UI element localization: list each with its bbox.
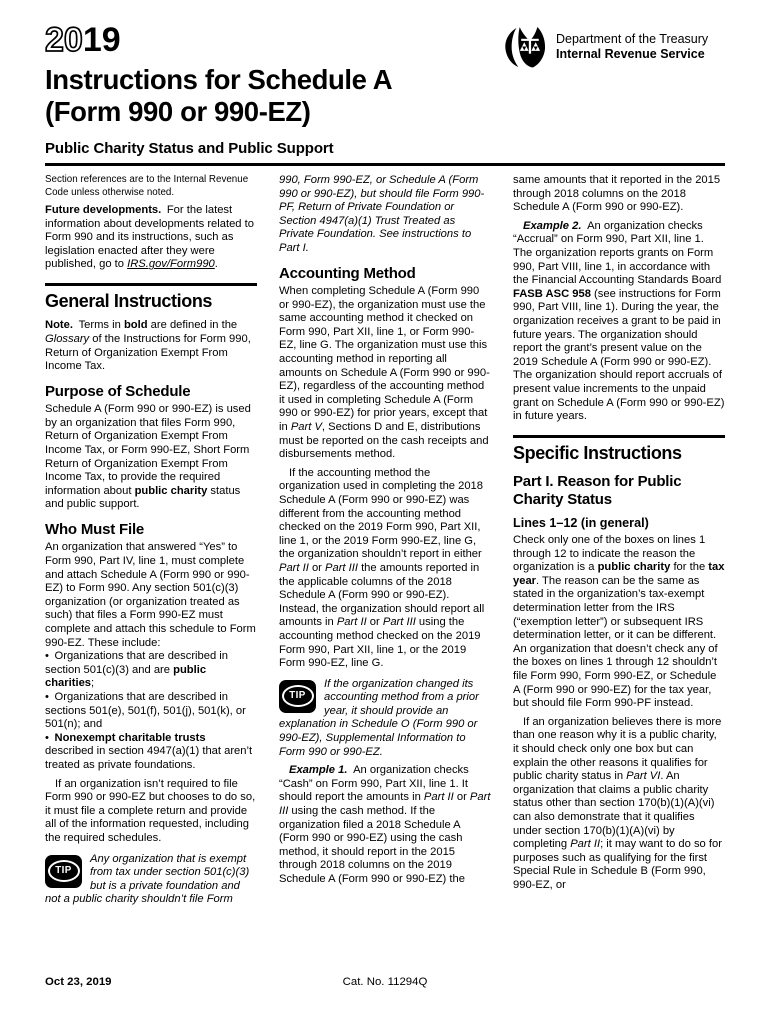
text-run: Purpose of Schedule <box>45 383 190 400</box>
catalog-number: Cat. No. 11294Q <box>45 976 725 988</box>
bullet-public-charities: • Organizations that are described in se… <box>45 650 257 691</box>
page-footer: Cat. No. 11294Q Oct 23, 2019 <box>45 976 725 988</box>
voluntary-filing-paragraph: If an organization isn’t required to fil… <box>45 778 257 846</box>
page-header: 2019 Instructions for Schedule A (Form 9… <box>45 0 725 166</box>
text-run: If the accounting method the organizatio… <box>279 467 483 561</box>
text-run: Nonexempt charitable trusts <box>55 732 206 744</box>
text-run: bold <box>124 319 148 331</box>
tip-icon: TIP <box>45 855 82 888</box>
general-instructions-divider <box>45 283 257 286</box>
text-run: Example 1. <box>289 764 347 776</box>
text-run: Schedule A (Form 990 or 990-EZ) is used … <box>45 403 251 497</box>
text-run: public charity <box>135 485 208 497</box>
section-references-note: Section references are to the Internal R… <box>45 174 257 199</box>
tip-icon: TIP <box>279 680 316 713</box>
text-run: Part V <box>291 421 322 433</box>
text-run: Terms in <box>73 319 124 331</box>
accounting-method-heading: Accounting Method <box>279 265 491 283</box>
agency-block: Department of the Treasury Internal Reve… <box>503 26 708 68</box>
accounting-method-paragraph: When completing Schedule A (Form 990 or … <box>279 285 491 462</box>
text-run: described in section 4947(a)(1) that are… <box>45 745 252 771</box>
text-run: When completing Schedule A (Form 990 or … <box>279 285 490 433</box>
text-run: Section references are to the Internal R… <box>45 174 248 198</box>
header-rule <box>45 163 725 166</box>
text-run: General Instructions <box>45 291 212 311</box>
text-run: ; <box>91 677 94 689</box>
text-run: using the cash method. If the organizati… <box>279 805 465 885</box>
text-run: public charity <box>598 561 671 573</box>
body-columns: Section references are to the Internal R… <box>45 174 725 911</box>
text-run: Part VI <box>626 770 660 782</box>
example-2-paragraph: Example 2. An organization checks “Accru… <box>513 220 725 424</box>
tip-continuation-paragraph: 990, Form 990-EZ, or Schedule A (Form 99… <box>279 174 491 256</box>
text-run: Part II <box>424 791 454 803</box>
text-run: Part II <box>337 616 367 628</box>
tip-icon-oval: TIP <box>48 860 80 882</box>
agency-line-2: Internal Revenue Service <box>556 47 708 62</box>
purpose-of-schedule-heading: Purpose of Schedule <box>45 383 257 401</box>
text-run: for the <box>670 561 708 573</box>
text-run: Example 2. <box>523 220 581 232</box>
tip-private-foundation: TIPAny organization that is exempt from … <box>45 853 257 907</box>
text-run: 990, Form 990-EZ, or Schedule A (Form 99… <box>279 174 484 254</box>
text-run: If an organization believes there is mor… <box>513 716 721 782</box>
who-must-file-heading: Who Must File <box>45 521 257 539</box>
column-1: Section references are to the Internal R… <box>45 174 257 911</box>
year-solid-digits: 19 <box>83 21 121 59</box>
note-paragraph: Note. Terms in bold are defined in the G… <box>45 319 257 373</box>
text-run: same amounts that it reported in the 201… <box>513 174 720 213</box>
title-line-1: Instructions for Schedule A <box>45 64 725 96</box>
text-run: Glossary <box>45 333 89 345</box>
purpose-paragraph: Schedule A (Form 990 or 990-EZ) is used … <box>45 403 257 512</box>
specific-instructions-divider <box>513 435 725 438</box>
title-line-2: (Form 990 or 990-EZ) <box>45 96 725 128</box>
text-run: or <box>309 562 325 574</box>
lines-1-12-paragraph: Check only one of the boxes on lines 1 t… <box>513 534 725 711</box>
text-run: are defined in the <box>148 319 238 331</box>
column-2: 990, Form 990-EZ, or Schedule A (Form 99… <box>279 174 491 911</box>
bullet-501-sections: • Organizations that are described in se… <box>45 691 257 732</box>
text-run: Note. <box>45 319 73 331</box>
text-run: Part I. Reason for Public Charity Status <box>513 473 681 508</box>
text-run: Part II <box>570 838 600 850</box>
agency-text: Department of the Treasury Internal Reve… <box>556 32 708 62</box>
irs-instructions-page: 2019 Instructions for Schedule A (Form 9… <box>0 0 770 1024</box>
text-run: Accounting Method <box>279 265 416 282</box>
lines-1-12-heading: Lines 1–12 (in general) <box>513 516 725 531</box>
page-subtitle: Public Charity Status and Public Support <box>45 140 725 163</box>
irs-eagle-logo <box>503 26 547 68</box>
column-3: same amounts that it reported in the 201… <box>513 174 725 911</box>
text-run: . The reason can be the same as stated i… <box>513 575 718 709</box>
tip-icon-label: TIP <box>289 689 305 703</box>
part-1-heading: Part I. Reason for Public Charity Status <box>513 473 725 508</box>
text-run: If an organization isn’t required to fil… <box>45 778 255 844</box>
tip-icon-label: TIP <box>55 864 71 878</box>
general-instructions-heading: General Instructions <box>45 291 257 312</box>
text-run: Specific Instructions <box>513 443 682 463</box>
tip-icon-oval: TIP <box>282 685 314 707</box>
agency-line-1: Department of the Treasury <box>556 32 708 47</box>
example-1-paragraph: Example 1. An organization checks “Cash”… <box>279 764 491 886</box>
page-title: Instructions for Schedule A (Form 990 or… <box>45 64 725 128</box>
irs-form990-link[interactable]: IRS.gov/Form990 <box>127 258 215 270</box>
multiple-reasons-paragraph: If an organization believes there is mor… <box>513 716 725 893</box>
text-run: Part III <box>383 616 416 628</box>
text-run: Part II <box>279 562 309 574</box>
text-run: An organization that answered “Yes” to F… <box>45 541 256 648</box>
text-run: or <box>367 616 383 628</box>
text-run: • <box>45 732 55 744</box>
who-must-file-paragraph: An organization that answered “Yes” to F… <box>45 541 257 650</box>
tip-schedule-o: TIPIf the organization changed its accou… <box>279 678 491 760</box>
method-change-paragraph: If the accounting method the organizatio… <box>279 467 491 671</box>
text-run: Who Must File <box>45 521 144 538</box>
text-run: or <box>454 791 470 803</box>
example-1-continuation: same amounts that it reported in the 201… <box>513 174 725 215</box>
text-run: Future developments. <box>45 204 161 216</box>
future-developments-paragraph: Future developments. For the latest info… <box>45 204 257 272</box>
bullet-nonexempt-trusts: • Nonexempt charitable trusts described … <box>45 732 257 773</box>
text-run: Part III <box>325 562 358 574</box>
year-outline-digits: 20 <box>45 21 83 59</box>
text-run: (see instructions for Form 990, Part VII… <box>513 288 724 422</box>
specific-instructions-heading: Specific Instructions <box>513 443 725 464</box>
text-run: . <box>215 258 218 270</box>
text-run: Lines 1–12 (in general) <box>513 516 649 530</box>
text-run: • Organizations that are described in se… <box>45 691 246 730</box>
text-run: FASB ASC 958 <box>513 288 591 300</box>
